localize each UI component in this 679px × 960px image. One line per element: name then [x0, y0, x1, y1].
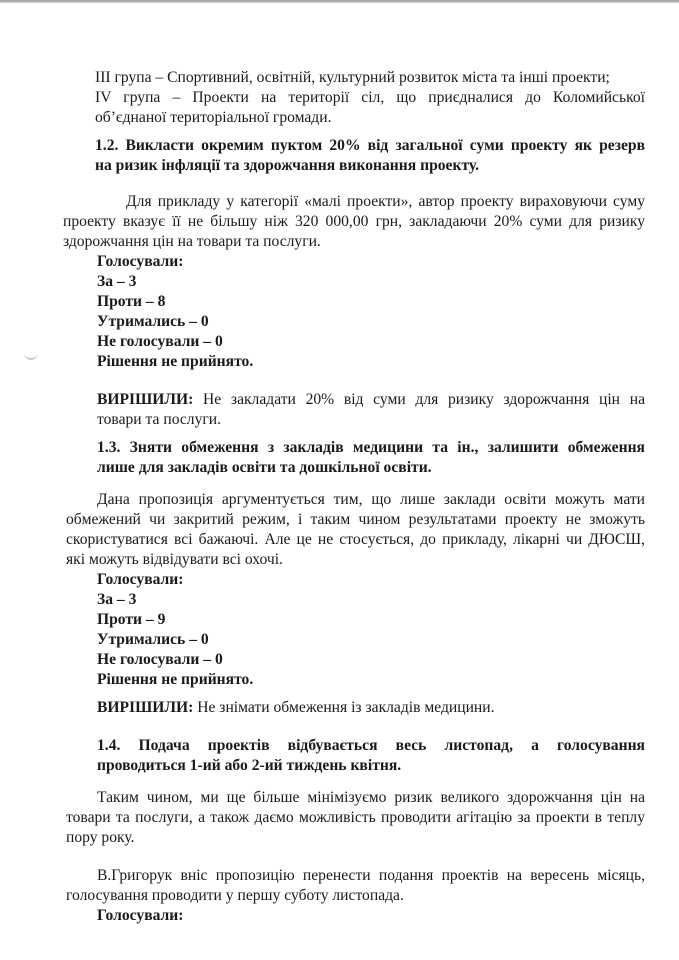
- decision-label: ВИРІШИЛИ:: [97, 699, 193, 716]
- vote-against: Проти – 8: [97, 292, 165, 312]
- section-1-4-body-cont: товари та послуги, а також даємо можливі…: [66, 808, 645, 828]
- section-1-4-proposal: В.Григорук вніс пропозицію перенести под…: [97, 866, 645, 886]
- section-1-2-heading-cont: на ризик інфляції та здорожчання виконан…: [95, 156, 643, 176]
- vote-against: Проти – 9: [97, 610, 165, 630]
- section-1-4-proposal-cont: голосування проводити у першу суботу лис…: [66, 886, 614, 906]
- section-1-3-body-cont2: скористуватися всі бажаючі. Але це не ст…: [66, 530, 645, 550]
- vote-not-voted: Не голосували – 0: [97, 650, 223, 670]
- vote-abstained: Утримались – 0: [97, 630, 209, 650]
- section-1-3-body-end: які можуть відвідувати всі охочі.: [66, 550, 614, 570]
- section-1-2-decision-cont: товари та послуги.: [97, 410, 645, 430]
- vote-result: Рішення не прийнято.: [97, 352, 253, 372]
- section-1-3-heading: 1.3. Зняти обмеження з закладів медицини…: [97, 438, 645, 458]
- section-1-4-body: Таким чином, ми ще більше мінімізуємо ри…: [97, 788, 645, 808]
- vote-for: За – 3: [97, 590, 136, 610]
- page-top-edge: [0, 0, 679, 3]
- section-1-2-heading: 1.2. Викласти окремим пуктом 20% від заг…: [95, 136, 645, 156]
- decision-text: Не знімати обмеження із закладів медицин…: [193, 699, 494, 716]
- group-4-text: IV група – Проекти на території сіл, що …: [95, 88, 645, 108]
- decision-text: Не закладати 20% від суми для ризику здо…: [193, 391, 645, 408]
- vote-result: Рішення не прийнято.: [97, 670, 253, 690]
- section-1-4-heading-cont: проводиться 1-ий або 2-ий тиждень квітня…: [97, 756, 645, 776]
- vote-abstained: Утримались – 0: [97, 312, 209, 332]
- section-1-2-body-cont: проекту вказує її не більшу ніж 320 000,…: [63, 212, 645, 232]
- margin-punch-mark: [24, 350, 38, 360]
- section-1-2-body-end: здорожчання цін на товари та послуги.: [63, 232, 611, 252]
- section-1-3-body-cont: обмежений чи закритий режим, і таким чин…: [66, 510, 645, 530]
- vote-label: Голосували:: [97, 906, 183, 926]
- section-1-2-decision: ВИРІШИЛИ: Не закладати 20% від суми для …: [97, 390, 645, 410]
- group-3-text: III група – Спортивний, освітній, культу…: [95, 68, 643, 88]
- section-1-2-body: Для прикладу у категорії «малі проекти»,…: [126, 192, 645, 212]
- section-1-4-heading: 1.4. Подача проектів відбувається весь л…: [97, 736, 645, 756]
- vote-for: За – 3: [97, 272, 136, 292]
- section-1-3-body: Дана пропозиція аргументується тим, що л…: [97, 490, 645, 510]
- vote-label: Голосували:: [97, 252, 183, 272]
- vote-not-voted: Не голосували – 0: [97, 332, 223, 352]
- section-1-3-heading-cont: лише для закладів освіти та дошкільної о…: [97, 458, 645, 478]
- decision-label: ВИРІШИЛИ:: [97, 391, 193, 408]
- vote-label: Голосували:: [97, 570, 183, 590]
- group-4-text-cont: об’єднаної територіальної громади.: [95, 108, 643, 128]
- section-1-4-body-end: пору року.: [66, 828, 614, 848]
- section-1-3-decision: ВИРІШИЛИ: Не знімати обмеження із заклад…: [97, 698, 645, 718]
